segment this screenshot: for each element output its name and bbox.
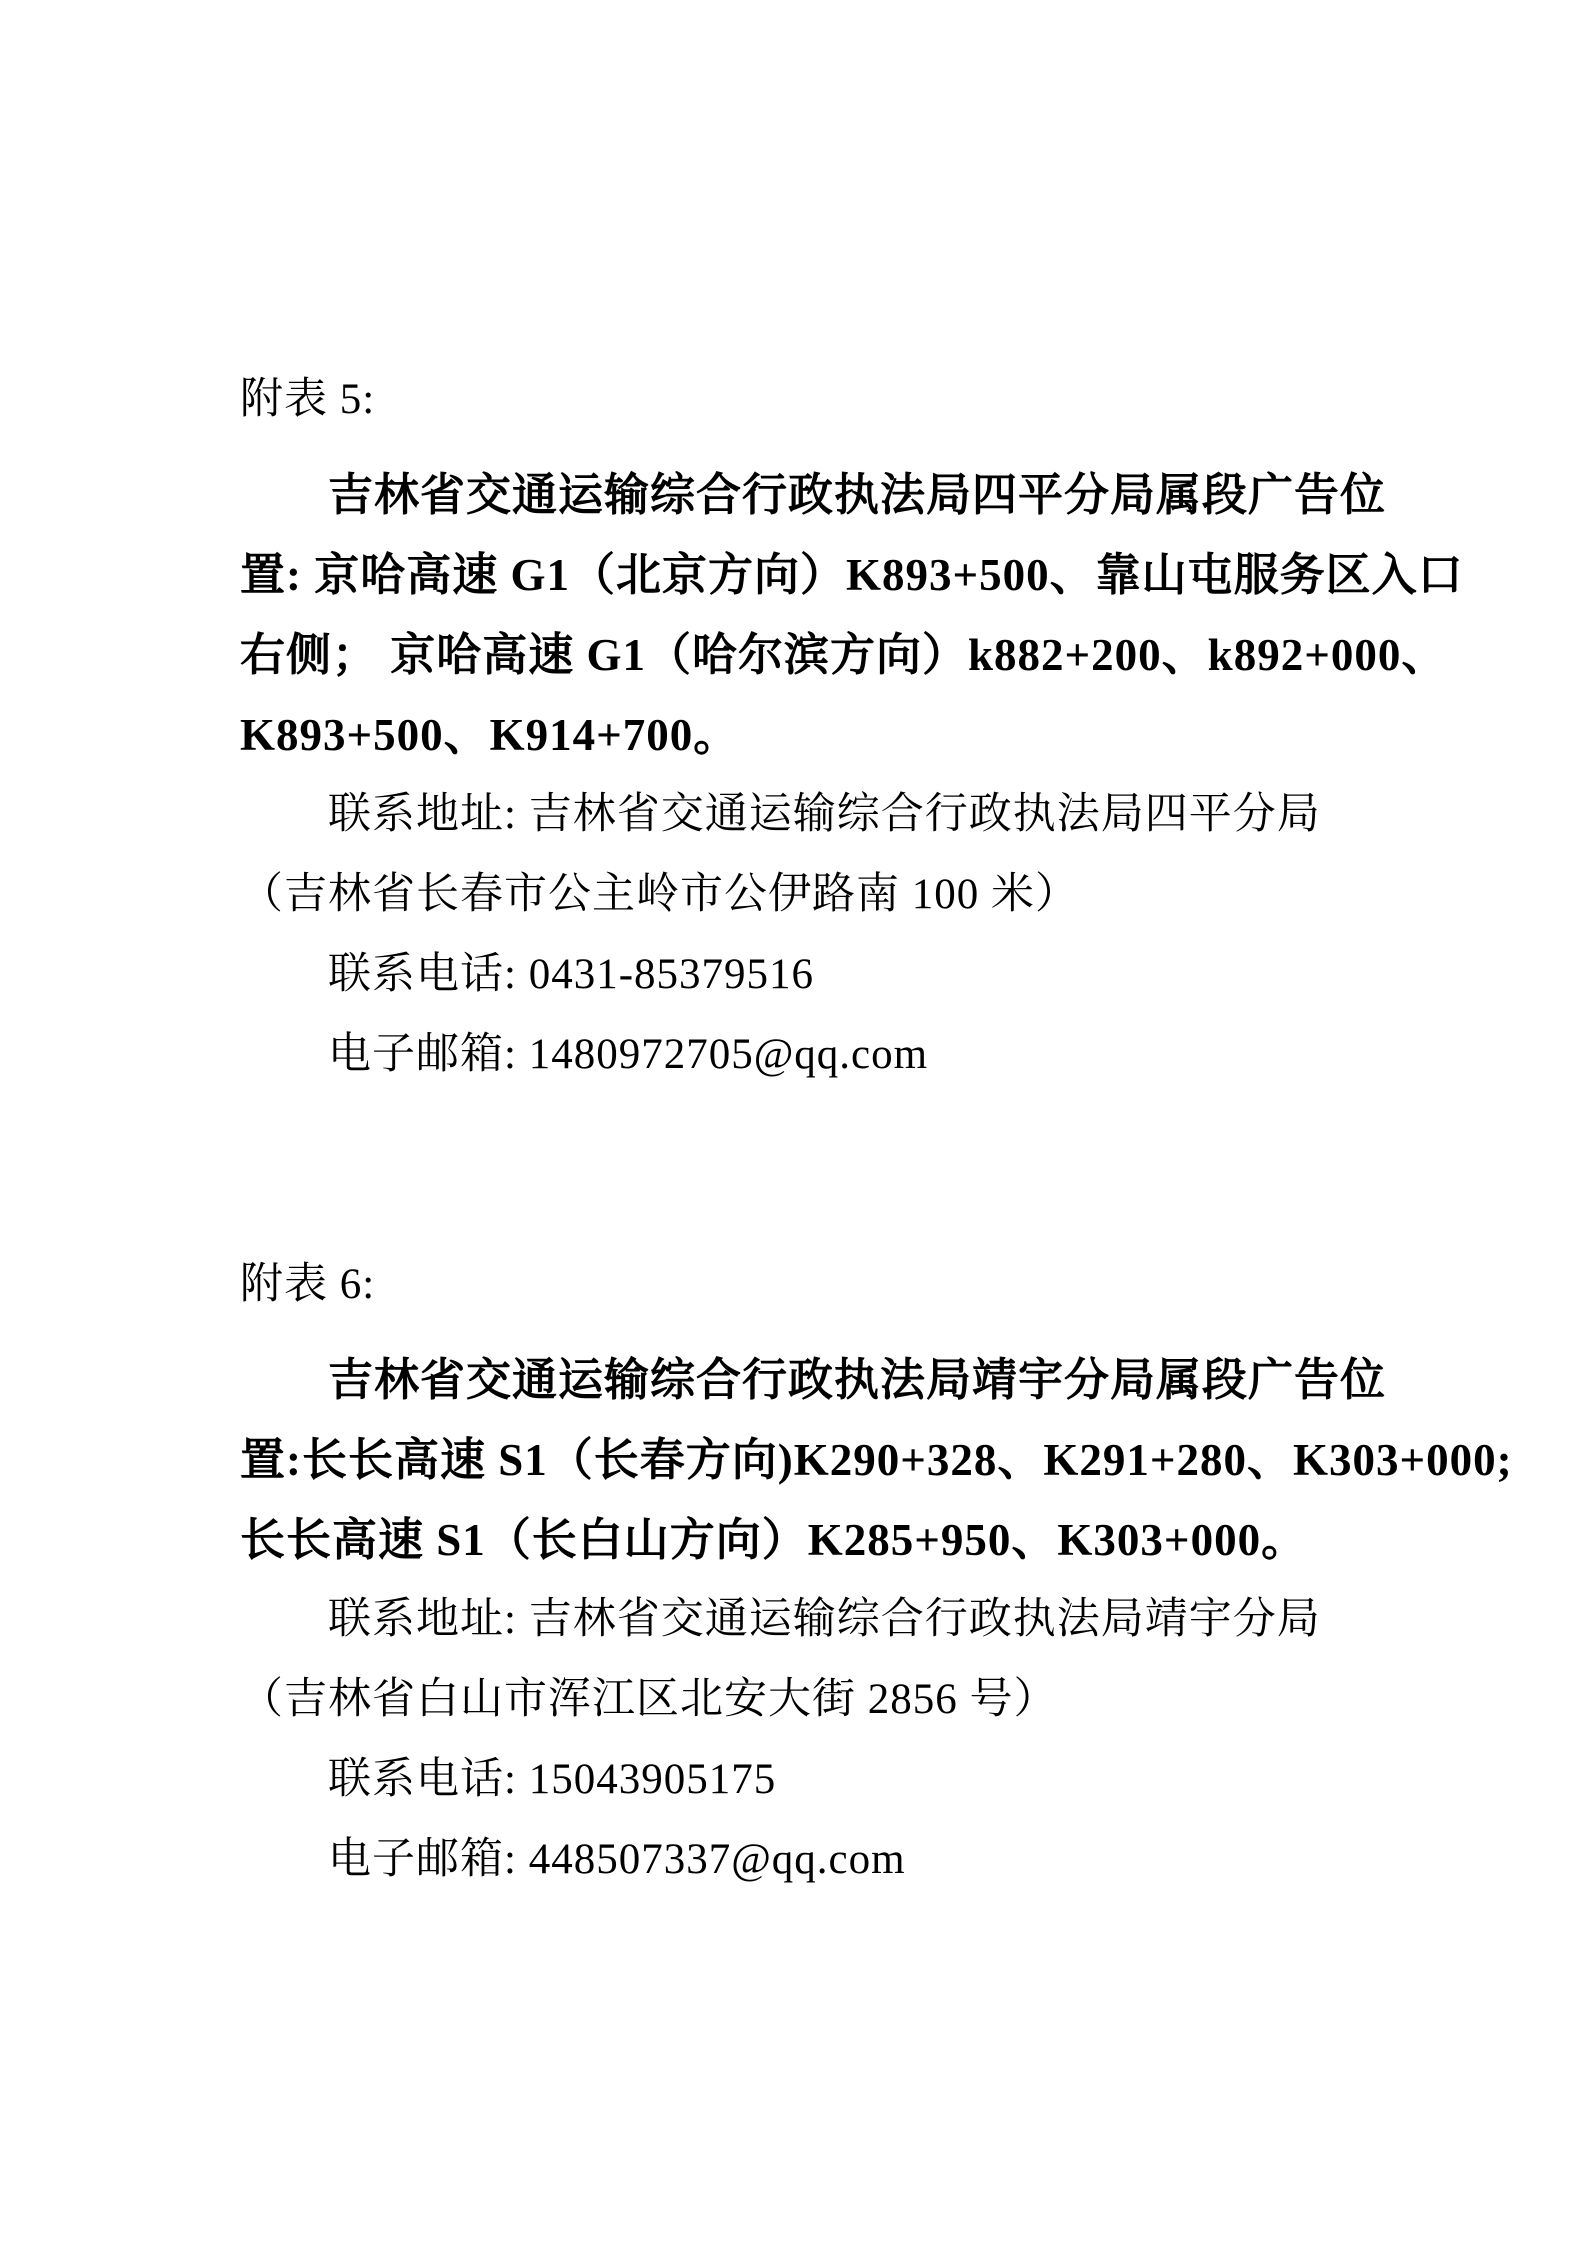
annex-6-title-line-2: 置:长长高速 S1（长春方向)K290+328、K291+280、K303+00… bbox=[240, 1420, 1380, 1500]
annex-5-contact-email: 电子邮箱: 1480972705@qq.com bbox=[240, 1015, 1380, 1095]
annex-5-contact-address: 联系地址: 吉林省交通运输综合行政执法局四平分局 bbox=[240, 775, 1380, 855]
annex-6-label: 附表 6: bbox=[240, 1245, 1380, 1325]
annex-5-contact-phone: 联系电话: 0431-85379516 bbox=[240, 935, 1380, 1015]
document-content: 附表 5: 吉林省交通运输综合行政执法局四平分局属段广告位 置: 京哈高速 G1… bbox=[240, 360, 1380, 1900]
annex-6-contact-address-detail: （吉林省白山市浑江区北安大街 2856 号） bbox=[240, 1660, 1380, 1740]
document-page: 附表 5: 吉林省交通运输综合行政执法局四平分局属段广告位 置: 京哈高速 G1… bbox=[0, 0, 1587, 2245]
annex-5-title-line-4: K893+500、K914+700。 bbox=[240, 695, 1380, 775]
annex-5-title-line-3: 右侧； 京哈高速 G1（哈尔滨方向）k882+200、k892+000、 bbox=[240, 615, 1380, 695]
section-annex-6: 附表 6: 吉林省交通运输综合行政执法局靖宇分局属段广告位 置:长长高速 S1（… bbox=[240, 1245, 1380, 1900]
annex-5-title-line-2: 置: 京哈高速 G1（北京方向）K893+500、靠山屯服务区入口 bbox=[240, 535, 1380, 615]
annex-5-label: 附表 5: bbox=[240, 360, 1380, 440]
annex-6-contact-block: 联系地址: 吉林省交通运输综合行政执法局靖宇分局 （吉林省白山市浑江区北安大街 … bbox=[240, 1580, 1380, 1900]
annex-6-contact-address: 联系地址: 吉林省交通运输综合行政执法局靖宇分局 bbox=[240, 1580, 1380, 1660]
annex-6-contact-email: 电子邮箱: 448507337@qq.com bbox=[240, 1820, 1380, 1900]
annex-6-contact-phone: 联系电话: 15043905175 bbox=[240, 1740, 1380, 1820]
annex-5-title-line-1: 吉林省交通运输综合行政执法局四平分局属段广告位 bbox=[240, 455, 1380, 535]
annex-6-title-paragraph: 吉林省交通运输综合行政执法局靖宇分局属段广告位 置:长长高速 S1（长春方向)K… bbox=[240, 1340, 1380, 1580]
section-annex-5: 附表 5: 吉林省交通运输综合行政执法局四平分局属段广告位 置: 京哈高速 G1… bbox=[240, 360, 1380, 1095]
annex-5-contact-address-detail: （吉林省长春市公主岭市公伊路南 100 米） bbox=[240, 855, 1380, 935]
annex-6-title-line-1: 吉林省交通运输综合行政执法局靖宇分局属段广告位 bbox=[240, 1340, 1380, 1420]
annex-5-contact-block: 联系地址: 吉林省交通运输综合行政执法局四平分局 （吉林省长春市公主岭市公伊路南… bbox=[240, 775, 1380, 1095]
annex-6-title-line-3: 长长高速 S1（长白山方向）K285+950、K303+000。 bbox=[240, 1500, 1380, 1580]
annex-5-title-paragraph: 吉林省交通运输综合行政执法局四平分局属段广告位 置: 京哈高速 G1（北京方向）… bbox=[240, 455, 1380, 775]
